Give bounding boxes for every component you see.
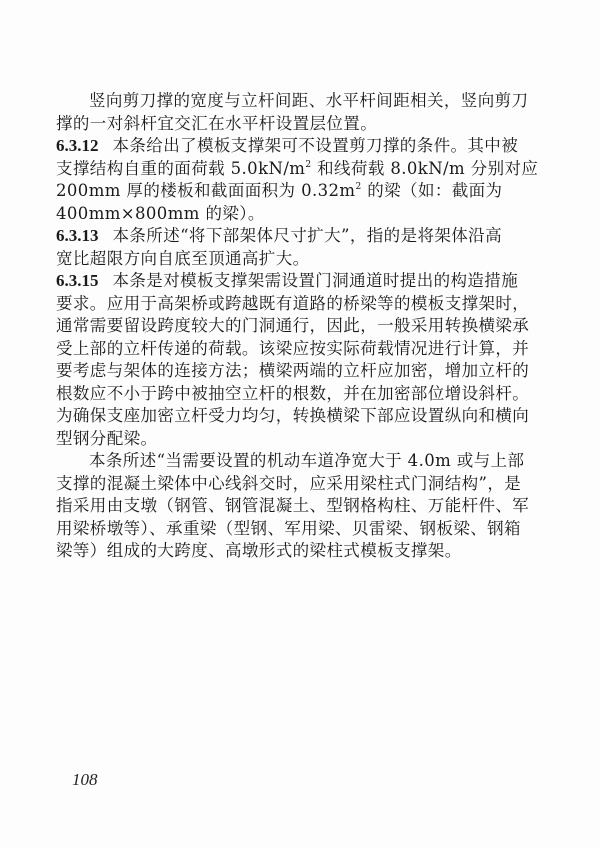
text-segment: 支撑结构自重的面荷载 5.0kN/m: [56, 159, 305, 178]
clause-number: 6.3.15: [56, 271, 99, 290]
text-segment: 200mm 厚的楼板和截面面积为 0.32m: [56, 181, 355, 200]
text-line: 撑的一对斜杆宜交汇在水平杆设置层位置。: [56, 113, 472, 136]
page-number: 108: [72, 770, 98, 790]
text-line: 要考虑与架体的连接方法；横梁两端的立杆应加密，增加立杆的: [56, 360, 472, 383]
text-line: 为确保支座加密立杆受力均匀，转换横梁下部应设置纵向和横向: [56, 405, 472, 428]
body-text: 竖向剪刀撑的宽度与立杆间距、水平杆间距相关，竖向剪刀 撑的一对斜杆宜交汇在水平杆…: [56, 90, 472, 563]
text-line: 200mm 厚的楼板和截面面积为 0.32m2 的梁（如：截面为: [56, 180, 472, 203]
text-line: 支撑的混凝土梁体中心线斜交时，应采用梁柱式门洞结构”，是: [56, 473, 472, 496]
text-line: 宽比超限方向自底至顶通高扩大。: [56, 248, 472, 271]
clause-text: 本条所述“将下部架体尺寸扩大”，指的是将架体沿高: [113, 226, 502, 245]
text-line: 用梁桥墩等）、承重梁（型钢、军用梁、贝雷梁、钢板梁、钢箱: [56, 518, 472, 541]
clause-number: 6.3.13: [56, 226, 99, 245]
text-line: 受上部的立杆传递的荷载。该梁应按实际荷载情况进行计算，并: [56, 338, 472, 361]
text-line: 400mm×800mm 的梁）。: [56, 203, 472, 226]
clause-6-3-12-heading-line: 6.3.12本条给出了模板支撑架可不设置剪刀撑的条件。其中被: [56, 135, 472, 158]
text-line: 型钢分配梁。: [56, 428, 472, 451]
clause-text: 本条是对模板支撑架需设置门洞通道时提出的构造措施: [113, 271, 519, 290]
text-line: 本条所述“当需要设置的机动车道净宽大于 4.0m 或与上部: [56, 450, 472, 473]
text-line: 指采用由支墩（钢管、钢管混凝土、型钢格构柱、万能杆件、军: [56, 495, 472, 518]
text-line: 支撑结构自重的面荷载 5.0kN/m2 和线荷载 8.0kN/m 分别对应: [56, 158, 472, 181]
text-line: 根数应不小于跨中被抽空立杆的根数，并在加密部位增设斜杆。: [56, 383, 472, 406]
document-page: 竖向剪刀撑的宽度与立杆间距、水平杆间距相关，竖向剪刀 撑的一对斜杆宜交汇在水平杆…: [0, 0, 600, 848]
clause-number: 6.3.12: [56, 136, 99, 155]
clause-6-3-15-heading-line: 6.3.15本条是对模板支撑架需设置门洞通道时提出的构造措施: [56, 270, 472, 293]
text-segment: 的梁（如：截面为: [362, 181, 503, 200]
clause-text: 本条给出了模板支撑架可不设置剪刀撑的条件。其中被: [113, 136, 519, 155]
clause-6-3-13-heading-line: 6.3.13本条所述“将下部架体尺寸扩大”，指的是将架体沿高: [56, 225, 472, 248]
text-line: 梁等）组成的大跨度、高墩形式的梁柱式模板支撑架。: [56, 540, 472, 563]
text-line: 要求。应用于高架桥或跨越既有道路的桥梁等的模板支撑架时，: [56, 293, 472, 316]
text-line: 通常需要留设跨度较大的门洞通行，因此，一般采用转换横梁承: [56, 315, 472, 338]
text-line: 竖向剪刀撑的宽度与立杆间距、水平杆间距相关，竖向剪刀: [56, 90, 472, 113]
text-segment: 和线荷载 8.0kN/m 分别对应: [311, 159, 538, 178]
